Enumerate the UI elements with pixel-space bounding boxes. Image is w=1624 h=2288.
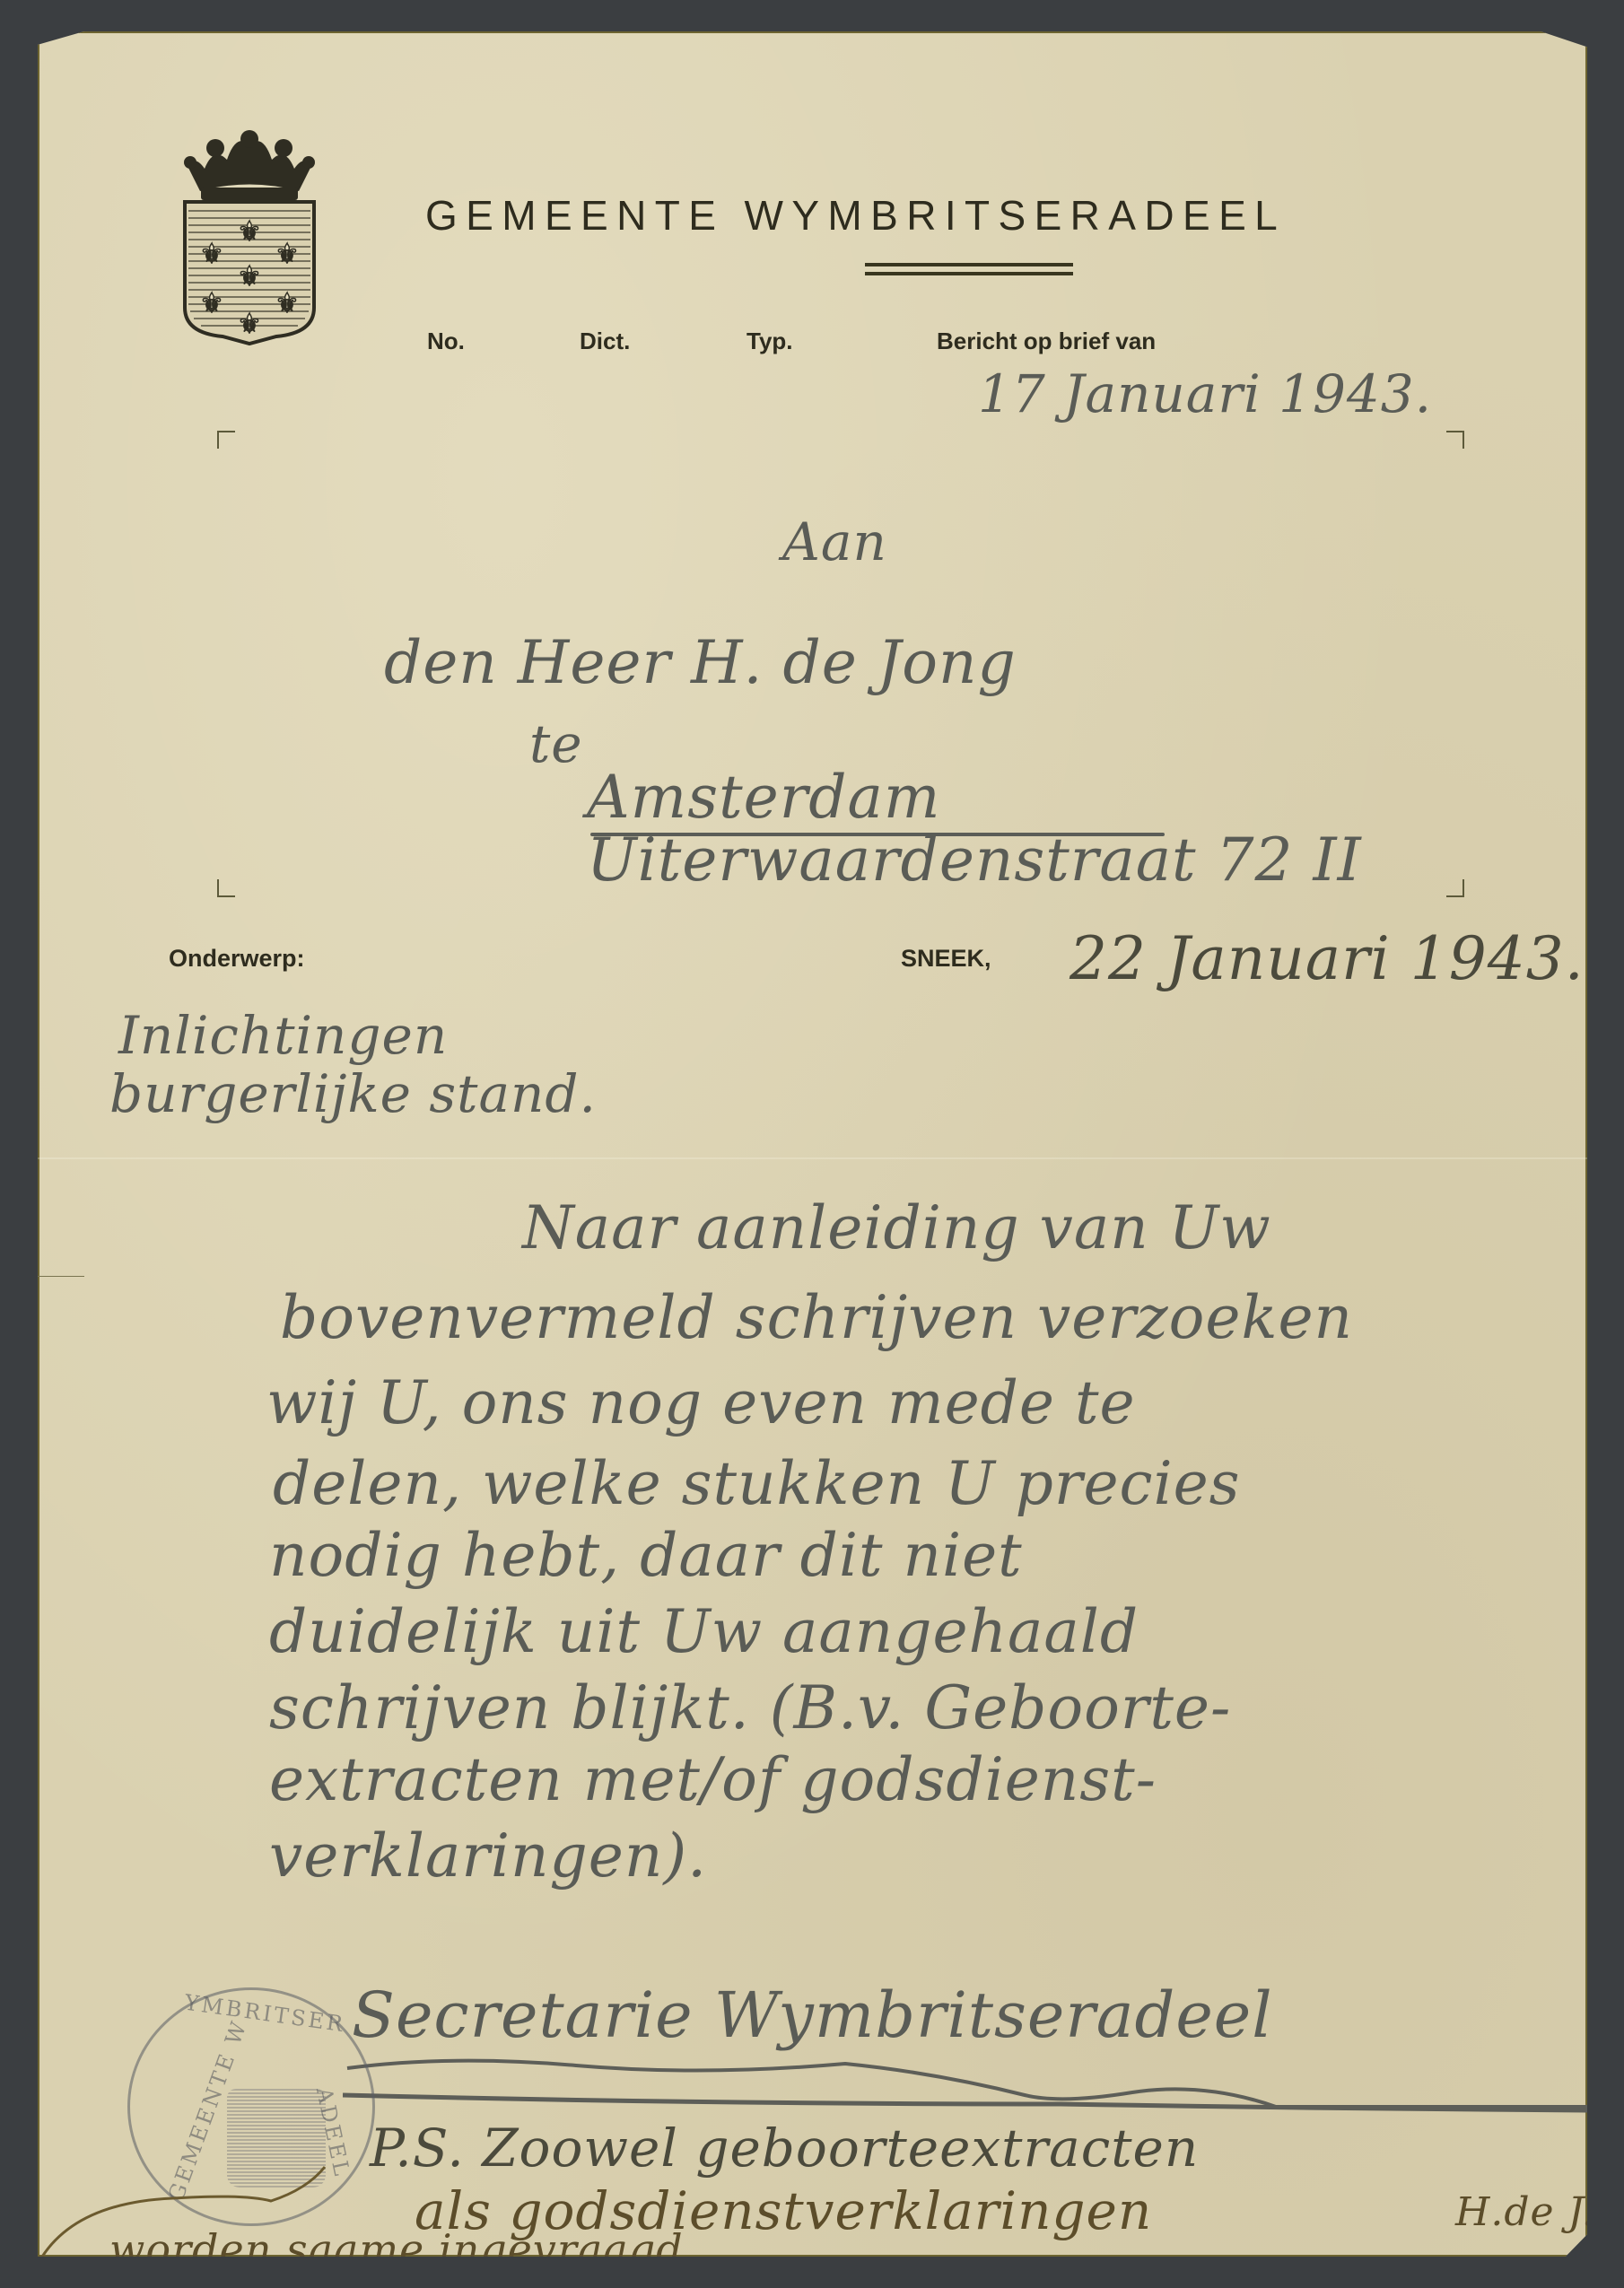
reply-to-date: 17 Januari 1943. — [978, 363, 1432, 424]
svg-text:⚜: ⚜ — [238, 216, 262, 248]
signature: Secretarie Wymbritseradeel — [352, 1978, 1273, 2052]
svg-text:⚜: ⚜ — [275, 288, 300, 319]
address-city: Amsterdam — [587, 763, 940, 832]
fold-line — [38, 1157, 1587, 1159]
subject-line-1: Inlichtingen — [118, 1005, 448, 1066]
window-corner-tl — [217, 431, 235, 449]
letter-date: 22 Januari 1943. — [1070, 924, 1585, 993]
no-label: No. — [427, 327, 465, 355]
address-te: te — [529, 713, 583, 774]
address-salutation: Aan — [782, 511, 887, 572]
svg-text:⚜: ⚜ — [200, 239, 224, 270]
title-rule — [865, 263, 1073, 266]
body-line: wij U, ons nog even mede te — [266, 1368, 1136, 1437]
svg-text:⚜: ⚜ — [238, 261, 262, 293]
stamp-text-top: YMBRITSER — [183, 1990, 347, 2038]
body-line: duidelijk uit Uw aangehaald — [269, 1597, 1139, 1666]
subject-label: Onderwerp: — [169, 945, 305, 973]
initials: H.de J. — [1455, 2189, 1595, 2235]
body-line: schrijven blijkt. (B.v. Geboorte- — [269, 1673, 1231, 1742]
body-line: nodig hebt, daar dit niet — [269, 1521, 1023, 1590]
postscript-line-3: worden saame ingevraagd — [109, 2225, 684, 2274]
body-line: Naar aanleiding van Uw — [522, 1193, 1271, 1262]
signature-flourish — [343, 2055, 1599, 2126]
svg-text:⚜: ⚜ — [200, 288, 224, 319]
address-street: Uiterwaardenstraat 72 II — [587, 825, 1362, 895]
body-line: extracten met/of godsdienst- — [269, 1745, 1157, 1814]
svg-text:⚜: ⚜ — [275, 239, 300, 270]
dict-label: Dict. — [580, 327, 630, 355]
window-corner-bl — [217, 879, 235, 897]
window-corner-tr — [1446, 431, 1464, 449]
body-line: verklaringen). — [269, 1821, 707, 1891]
postscript-line-1: P.S. Zoowel geboorteextracten — [370, 2118, 1199, 2179]
coat-of-arms-icon: ⚜ ⚜⚜ ⚜ ⚜⚜ ⚜ — [178, 128, 321, 353]
title-rule — [865, 272, 1073, 275]
letter-paper: ⚜ ⚜⚜ ⚜ ⚜⚜ ⚜ GEMEENTE WYMBRITSERADEEL No.… — [38, 31, 1587, 2257]
body-line: delen, welke stukken U precies — [273, 1449, 1241, 1518]
letterhead-title: GEMEENTE WYMBRITSERADEEL — [425, 191, 1286, 240]
body-line: bovenvermeld schrijven verzoeken — [280, 1283, 1353, 1352]
subject-line-2: burgerlijke stand. — [109, 1063, 597, 1124]
address-recipient: den Heer H. de Jong — [384, 628, 1017, 697]
svg-text:⚜: ⚜ — [238, 309, 262, 340]
fold-mark — [38, 1276, 84, 1277]
typ-label: Typ. — [747, 327, 793, 355]
place-label: SNEEK, — [901, 945, 991, 973]
reply-to-label: Bericht op brief van — [937, 327, 1156, 355]
window-corner-br — [1446, 879, 1464, 897]
